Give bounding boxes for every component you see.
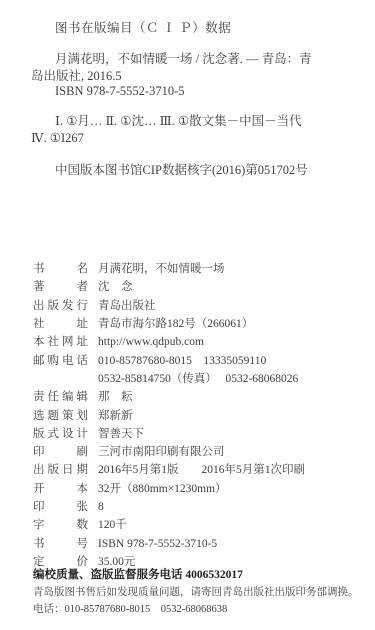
info-row-printer: 印刷 三河市南阳印刷有限公司: [33, 443, 367, 461]
row-value: 8: [98, 498, 104, 516]
info-row-word-count: 字数 120千: [33, 516, 367, 534]
cip-header: 图书在版编目（Ｃ Ｉ Ｐ）数据: [55, 18, 231, 36]
info-row-sheets: 印张 8: [33, 498, 367, 516]
row-value: 月满花明，不如情暖一场: [98, 260, 225, 278]
row-label: 开本: [33, 480, 88, 498]
info-row-title: 书名 月满花明，不如情暖一场: [33, 260, 367, 278]
cip-classification-line2: Ⅳ. ①I267: [31, 130, 349, 147]
row-label: 印刷: [33, 443, 88, 461]
row-value: 沈 念: [98, 278, 133, 296]
info-row-isbn: 书号 ISBN 978-7-5552-3710-5: [33, 535, 367, 553]
cip-classification: Ⅰ. ①月… Ⅱ. ①沈… Ⅲ. ①散文集－中国－当代 Ⅳ. ①I267: [31, 113, 349, 147]
info-row-website: 本社网址 http://www.qdpub.com: [33, 333, 367, 351]
row-label: 书号: [33, 535, 88, 553]
row-value: 2016年5月第1版 2016年5月第1次印刷: [98, 461, 305, 479]
row-label: 版式设计: [33, 425, 88, 443]
row-label: 出版发行: [33, 297, 88, 315]
row-value: 0532-85814750（传真） 0532-68068026: [98, 370, 298, 388]
row-value: 三河市南阳印刷有限公司: [98, 443, 225, 461]
info-row-planner: 选题策划 郑新新: [33, 407, 367, 425]
row-value: 32开（880mm×1230mm）: [98, 480, 227, 498]
cip-description-line2: 岛出版社, 2016.5: [31, 68, 349, 85]
info-row-address: 社址 青岛市海尔路182号（266061）: [33, 315, 367, 333]
cip-isbn: ISBN 978-7-5552-3710-5: [55, 84, 185, 99]
return-notice: 青岛版图书售后如发现质量问题，请寄回青岛出版社出版印务部调换。: [33, 585, 367, 601]
quality-hotline: 编校质量、盗版监督服务电话 4006532017: [33, 566, 243, 582]
row-label: [33, 370, 88, 388]
row-label: 责任编辑: [33, 388, 88, 406]
row-value: 那 耘: [98, 388, 133, 406]
row-value: 青岛市海尔路182号（266061）: [98, 315, 253, 333]
row-value: 120千: [98, 516, 127, 534]
info-row-publish-date: 出版日期 2016年5月第1版 2016年5月第1次印刷: [33, 461, 367, 479]
row-value: 青岛出版社: [98, 297, 156, 315]
row-label: 邮购电话: [33, 352, 88, 370]
row-value: http://www.qdpub.com: [98, 333, 204, 351]
row-value: 智善天下: [98, 425, 144, 443]
row-label: 印张: [33, 498, 88, 516]
info-row-mail-order-phone: 邮购电话 010-85787680-8015 13335059110: [33, 352, 367, 370]
row-label: 书名: [33, 260, 88, 278]
row-label: 字数: [33, 516, 88, 534]
info-row-layout-design: 版式设计 智善天下: [33, 425, 367, 443]
row-value: 010-85787680-8015 13335059110: [98, 352, 266, 370]
info-row-format: 开本 32开（880mm×1230mm）: [33, 480, 367, 498]
row-label: 出版日期: [33, 461, 88, 479]
cip-description-line1: 月满花明，不如情暖一场 / 沈念著. — 青岛：青: [31, 51, 349, 68]
info-row-fax: 0532-85814750（传真） 0532-68068026: [33, 370, 367, 388]
row-label: 本社网址: [33, 333, 88, 351]
cip-classification-line1: Ⅰ. ①月… Ⅱ. ①沈… Ⅲ. ①散文集－中国－当代: [31, 113, 349, 130]
contact-phones: 电话：010-85787680-8015 0532-68068638: [33, 601, 227, 616]
row-label: 选题策划: [33, 407, 88, 425]
info-row-author: 著者 沈 念: [33, 278, 367, 296]
cip-description: 月满花明，不如情暖一场 / 沈念著. — 青岛：青 岛出版社, 2016.5: [31, 51, 349, 85]
row-label: 著者: [33, 278, 88, 296]
info-row-publisher: 出版发行 青岛出版社: [33, 297, 367, 315]
row-value: 郑新新: [98, 407, 133, 425]
row-value: ISBN 978-7-5552-3710-5: [98, 535, 217, 553]
publication-info: 书名 月满花明，不如情暖一场 著者 沈 念 出版发行 青岛出版社 社址 青岛市海…: [33, 260, 367, 571]
info-row-editor: 责任编辑 那 耘: [33, 388, 367, 406]
row-label: 社址: [33, 315, 88, 333]
cip-record-number: 中国版本图书馆CIP数据核字(2016)第051702号: [55, 160, 308, 178]
copyright-page: 图书在版编目（Ｃ Ｉ Ｐ）数据 月满花明，不如情暖一场 / 沈念著. — 青岛：…: [0, 0, 375, 630]
